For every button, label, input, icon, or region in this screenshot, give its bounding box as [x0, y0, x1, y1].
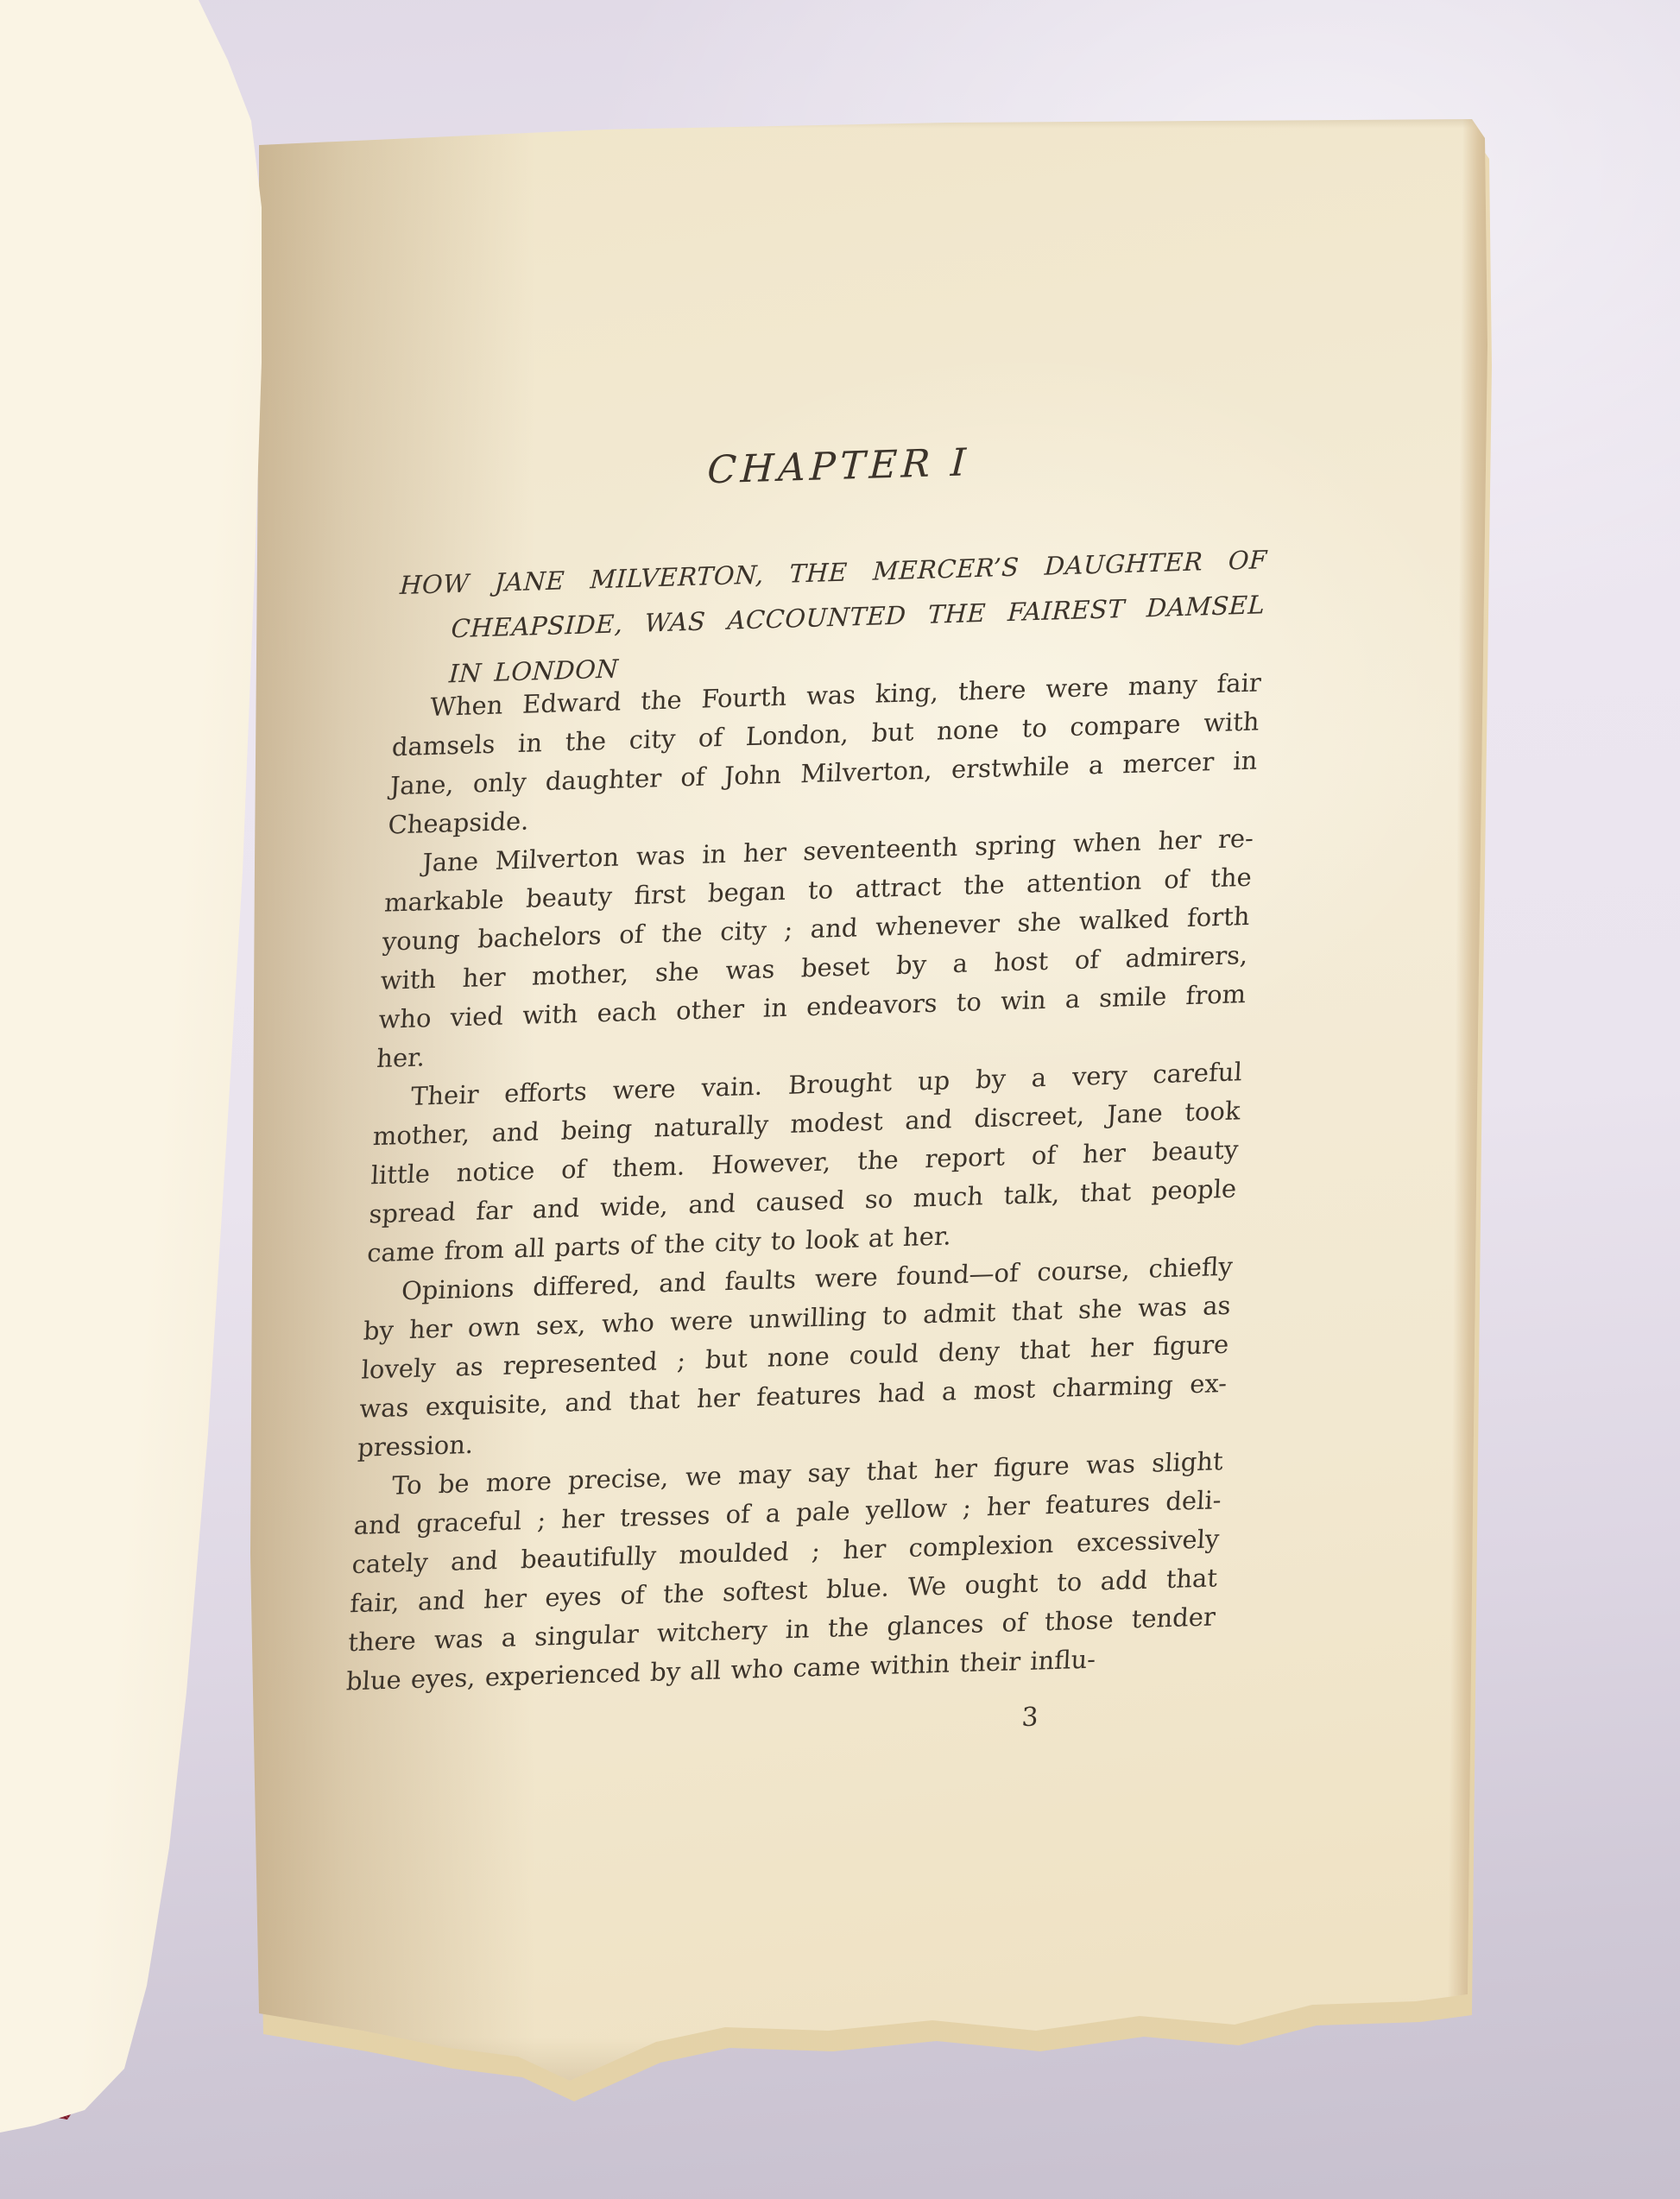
recto-page: CHAPTER I HOW JANE MILVERTON, THE MERCER…	[242, 109, 1495, 2114]
body-text: When Edward the Fourth was king, there w…	[345, 663, 1262, 1701]
book-photo-scene: CHAPTER I HOW JANE MILVERTON, THE MERCER…	[0, 0, 1680, 2199]
verso-page-curl	[0, 0, 278, 2141]
printed-text-block: CHAPTER I HOW JANE MILVERTON, THE MERCER…	[343, 432, 1273, 1758]
paragraph: To be more precise, we may say that her …	[345, 1442, 1224, 1701]
paragraph: Their efforts were vain. Brought up by a…	[366, 1052, 1243, 1273]
paragraph: Jane Milverton was in her seventeenth sp…	[376, 819, 1254, 1078]
page-number: 3	[343, 1693, 1212, 1758]
paragraph: Opinions differed, and faults were found…	[357, 1248, 1234, 1468]
fore-edge	[1448, 117, 1492, 2008]
page-top-edge	[242, 109, 1495, 135]
recto-page-wrap: CHAPTER I HOW JANE MILVERTON, THE MERCER…	[242, 109, 1495, 2114]
paragraph: When Edward the Fourth was king, there w…	[387, 663, 1261, 844]
